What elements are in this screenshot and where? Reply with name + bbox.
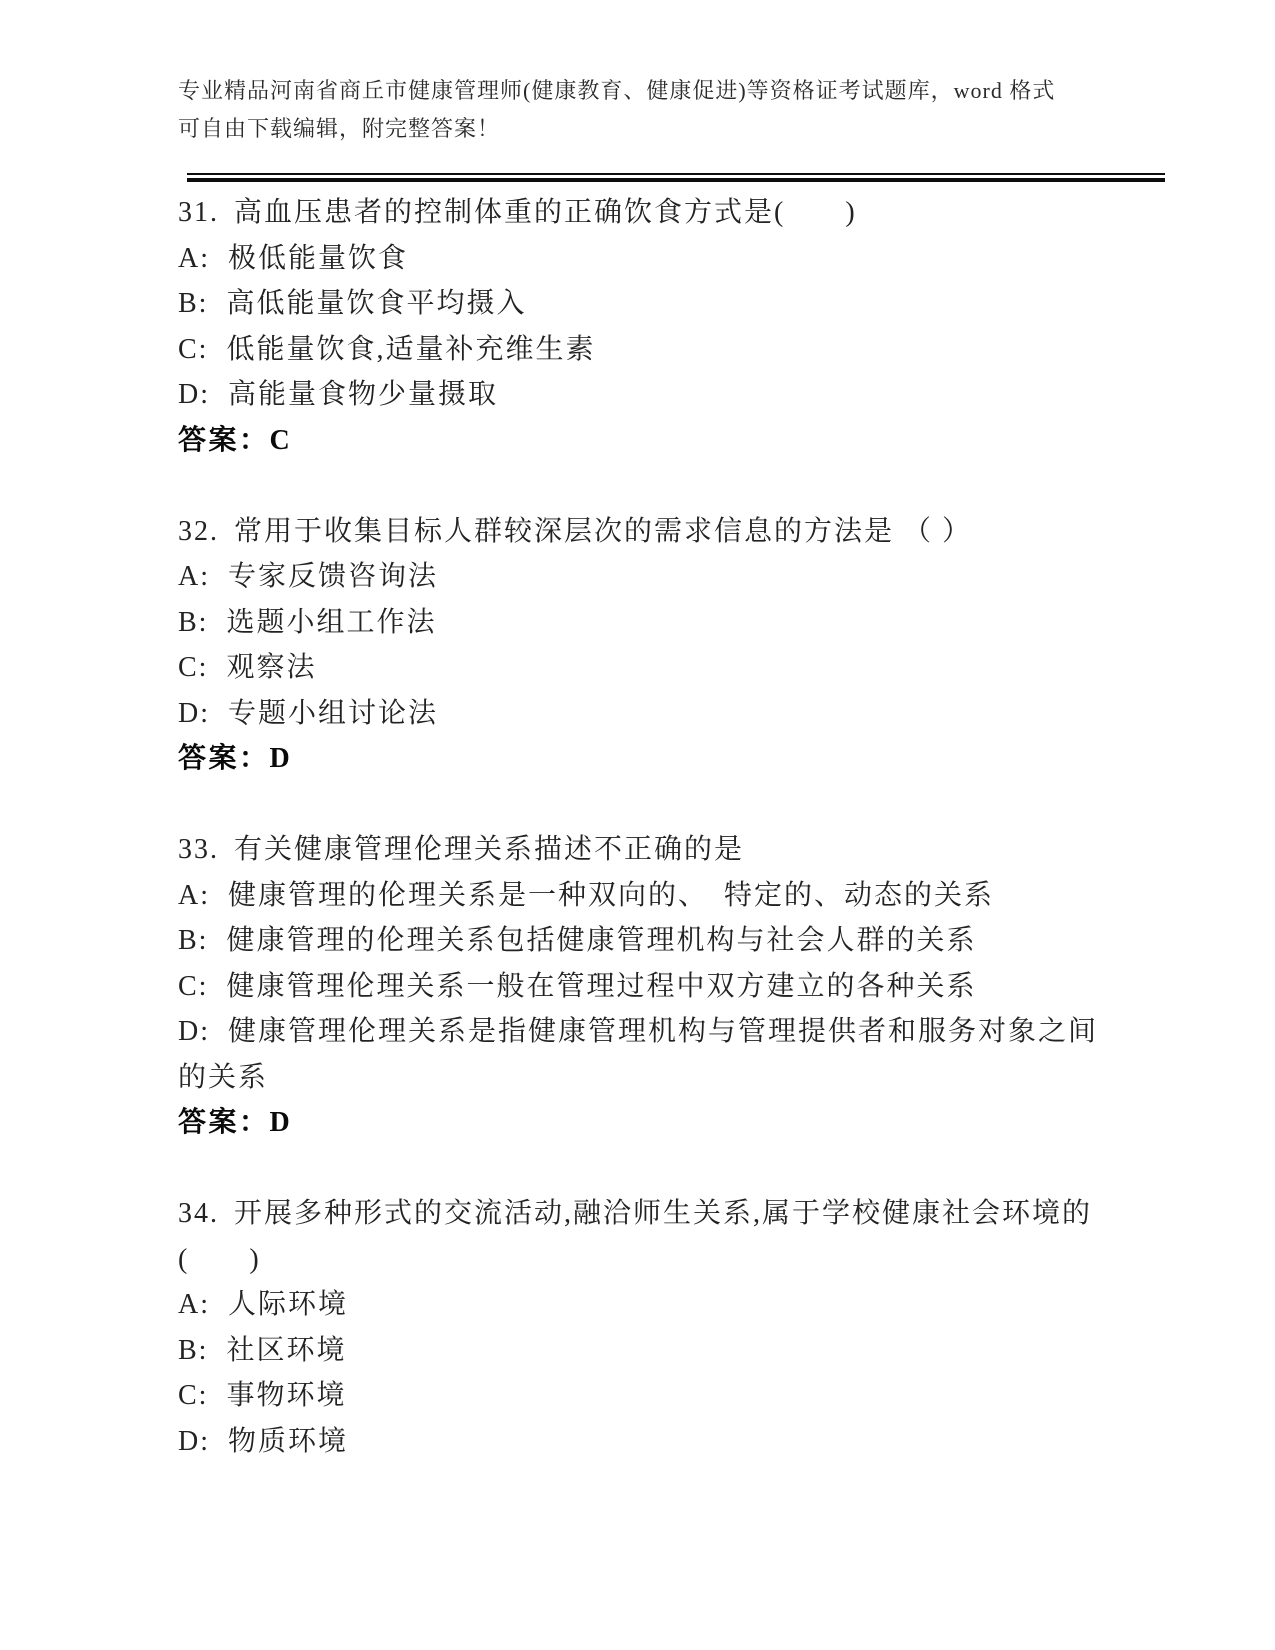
option-a: A: 专家反馈咨询法 — [178, 554, 1108, 600]
question-31: 31.高血压患者的控制体重的正确饮食方式是( ) A: 极低能量饮食 B: 高低… — [178, 190, 1108, 463]
question-text: 开展多种形式的交流活动,融洽师生关系,属于学校健康社会环境的( ) — [178, 1198, 1092, 1275]
question-text: 常用于收集目标人群较深层次的需求信息的方法是 （ ） — [234, 516, 972, 547]
option-c: C: 健康管理伦理关系一般在管理过程中双方建立的各种关系 — [178, 964, 1108, 1010]
question-stem: 33.有关健康管理伦理关系描述不正确的是 — [178, 827, 1108, 873]
answer-value: C — [270, 425, 293, 456]
document-page: 专业精品河南省商丘市健康管理师(健康教育、健康促进)等资格证考试题库，word … — [0, 0, 1275, 1650]
option-a: A: 极低能量饮食 — [178, 236, 1108, 282]
answer-value: D — [270, 1107, 293, 1138]
option-c: C: 低能量饮食,适量补充维生素 — [178, 327, 1108, 373]
option-a: A: 人际环境 — [178, 1282, 1108, 1328]
question-33: 33.有关健康管理伦理关系描述不正确的是 A: 健康管理的伦理关系是一种双向的、… — [178, 827, 1108, 1146]
option-a: A: 健康管理的伦理关系是一种双向的、 特定的、动态的关系 — [178, 873, 1108, 919]
question-34: 34.开展多种形式的交流活动,融洽师生关系,属于学校健康社会环境的( ) A: … — [178, 1191, 1108, 1464]
question-stem: 31.高血压患者的控制体重的正确饮食方式是( ) — [178, 190, 1108, 236]
question-number: 31. — [178, 197, 234, 228]
option-b: B: 社区环境 — [178, 1328, 1108, 1374]
question-stem: 32.常用于收集目标人群较深层次的需求信息的方法是 （ ） — [178, 509, 1108, 555]
question-list: 31.高血压患者的控制体重的正确饮食方式是( ) A: 极低能量饮食 B: 高低… — [178, 190, 1108, 1510]
option-b: B: 高低能量饮食平均摄入 — [178, 281, 1108, 327]
answer-line: 答案：C — [178, 418, 1108, 464]
option-c: C: 事物环境 — [178, 1373, 1108, 1419]
answer-label: 答案： — [178, 425, 270, 456]
option-b: B: 选题小组工作法 — [178, 600, 1108, 646]
question-text: 高血压患者的控制体重的正确饮食方式是( ) — [234, 197, 857, 228]
answer-value: D — [270, 743, 293, 774]
header-separator-rule — [187, 173, 1165, 182]
option-d: D: 物质环境 — [178, 1419, 1108, 1465]
answer-line: 答案：D — [178, 1100, 1108, 1146]
option-d: D: 健康管理伦理关系是指健康管理机构与管理提供者和服务对象之间的关系 — [178, 1009, 1108, 1100]
question-number: 32. — [178, 516, 234, 547]
question-32: 32.常用于收集目标人群较深层次的需求信息的方法是 （ ） A: 专家反馈咨询法… — [178, 509, 1108, 782]
answer-label: 答案： — [178, 743, 270, 774]
answer-line: 答案：D — [178, 736, 1108, 782]
question-number: 34. — [178, 1198, 234, 1229]
document-header-note: 专业精品河南省商丘市健康管理师(健康教育、健康促进)等资格证考试题库，word … — [178, 72, 1060, 148]
option-d: D: 专题小组讨论法 — [178, 691, 1108, 737]
question-number: 33. — [178, 834, 234, 865]
option-d: D: 高能量食物少量摄取 — [178, 372, 1108, 418]
option-c: C: 观察法 — [178, 645, 1108, 691]
question-stem: 34.开展多种形式的交流活动,融洽师生关系,属于学校健康社会环境的( ) — [178, 1191, 1108, 1282]
answer-label: 答案： — [178, 1107, 270, 1138]
question-text: 有关健康管理伦理关系描述不正确的是 — [234, 834, 744, 865]
option-b: B: 健康管理的伦理关系包括健康管理机构与社会人群的关系 — [178, 918, 1108, 964]
